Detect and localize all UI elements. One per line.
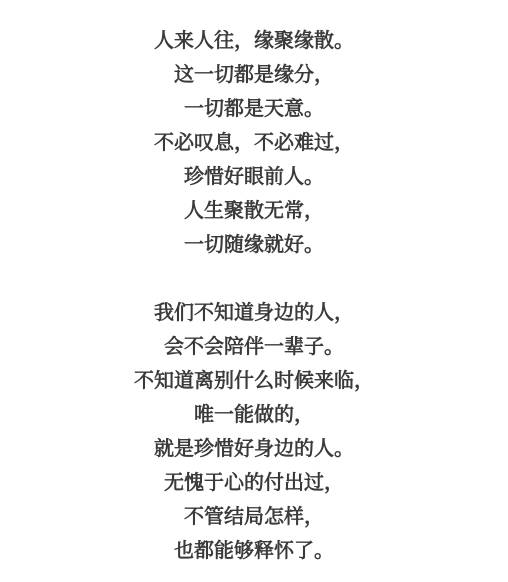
poem-line: 一切随缘就好。 (0, 228, 508, 262)
poem-line: 不必叹息，不必难过， (0, 126, 508, 160)
poem-line: 会不会陪伴一辈子。 (0, 330, 508, 364)
poem-line: 人来人往，缘聚缘散。 (0, 24, 508, 58)
poem-line: 唯一能做的， (0, 398, 508, 432)
poem-line: 就是珍惜好身边的人。 (0, 432, 508, 466)
poem-line: 这一切都是缘分， (0, 58, 508, 92)
poem-line: 珍惜好眼前人。 (0, 160, 508, 194)
poem-line: 不知道离别什么时候来临， (0, 364, 508, 398)
poem-line: 一切都是天意。 (0, 92, 508, 126)
poem-line: 不管结局怎样， (0, 500, 508, 534)
poem-line: 我们不知道身边的人， (0, 296, 508, 330)
poem-text-block: 人来人往，缘聚缘散。 这一切都是缘分， 一切都是天意。 不必叹息，不必难过， 珍… (0, 0, 508, 568)
poem-stanza-2: 我们不知道身边的人， 会不会陪伴一辈子。 不知道离别什么时候来临， 唯一能做的，… (0, 296, 508, 568)
poem-line: 也都能够释怀了。 (0, 534, 508, 568)
poem-stanza-1: 人来人往，缘聚缘散。 这一切都是缘分， 一切都是天意。 不必叹息，不必难过， 珍… (0, 24, 508, 262)
poem-line: 无愧于心的付出过， (0, 466, 508, 500)
poem-line: 人生聚散无常， (0, 194, 508, 228)
